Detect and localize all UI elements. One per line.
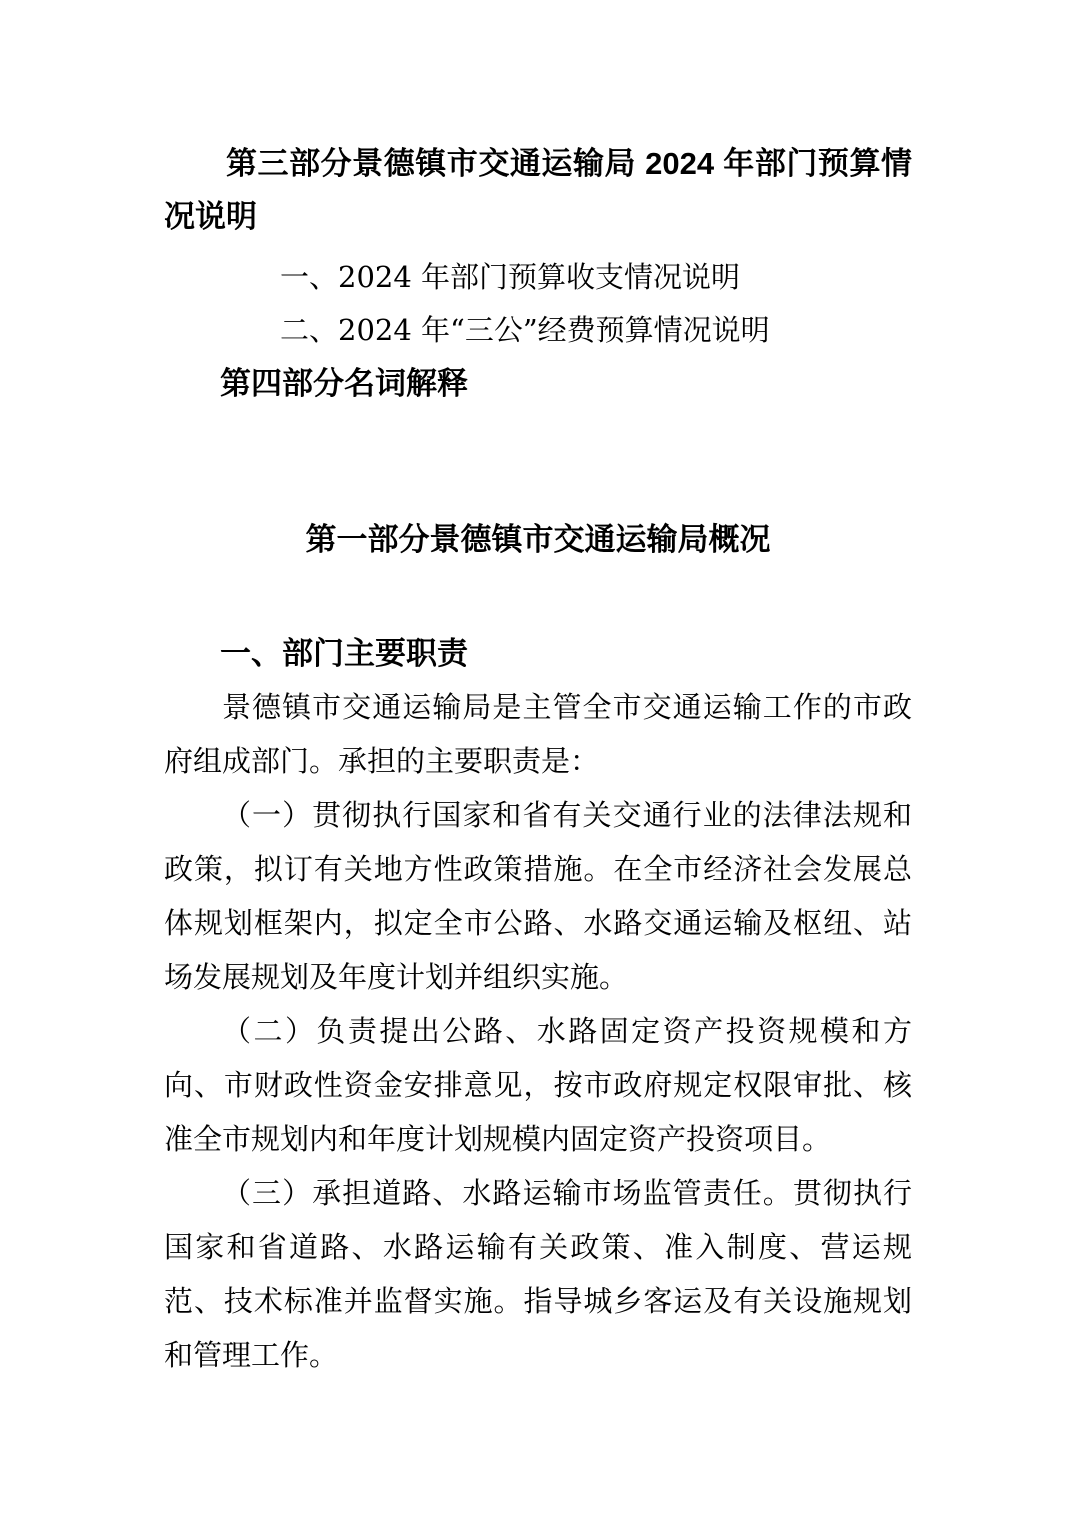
toc-item-three-public-expenses: 二、2024 年“三公”经费预算情况说明 [164, 304, 912, 357]
document-page: 第三部分景德镇市交通运输局 2024 年部门预算情况说明 一、2024 年部门预… [0, 0, 1074, 1520]
toc-part3-heading: 第三部分景德镇市交通运输局 2024 年部门预算情况说明 [164, 137, 912, 243]
body-paragraph-duty-3: （三）承担道路、水路运输市场监管责任。贯彻执行国家和省道路、水路运输有关政策、准… [164, 1166, 912, 1382]
part1-title: 第一部分景德镇市交通运输局概况 [164, 513, 912, 566]
body-paragraph-intro: 景德镇市交通运输局是主管全市交通运输工作的市政府组成部门。承担的主要职责是： [164, 680, 912, 788]
body-paragraph-duty-2: （二）负责提出公路、水路固定资产投资规模和方向、市财政性资金安排意见，按市政府规… [164, 1004, 912, 1166]
toc-part4-heading: 第四部分名词解释 [164, 357, 912, 410]
toc-item-budget-revenue-expenditure: 一、2024 年部门预算收支情况说明 [164, 251, 912, 304]
body-paragraph-duty-1: （一）贯彻执行国家和省有关交通行业的法律法规和政策，拟订有关地方性政策措施。在全… [164, 788, 912, 1004]
section-heading-department-duties: 一、部门主要职责 [164, 627, 912, 680]
